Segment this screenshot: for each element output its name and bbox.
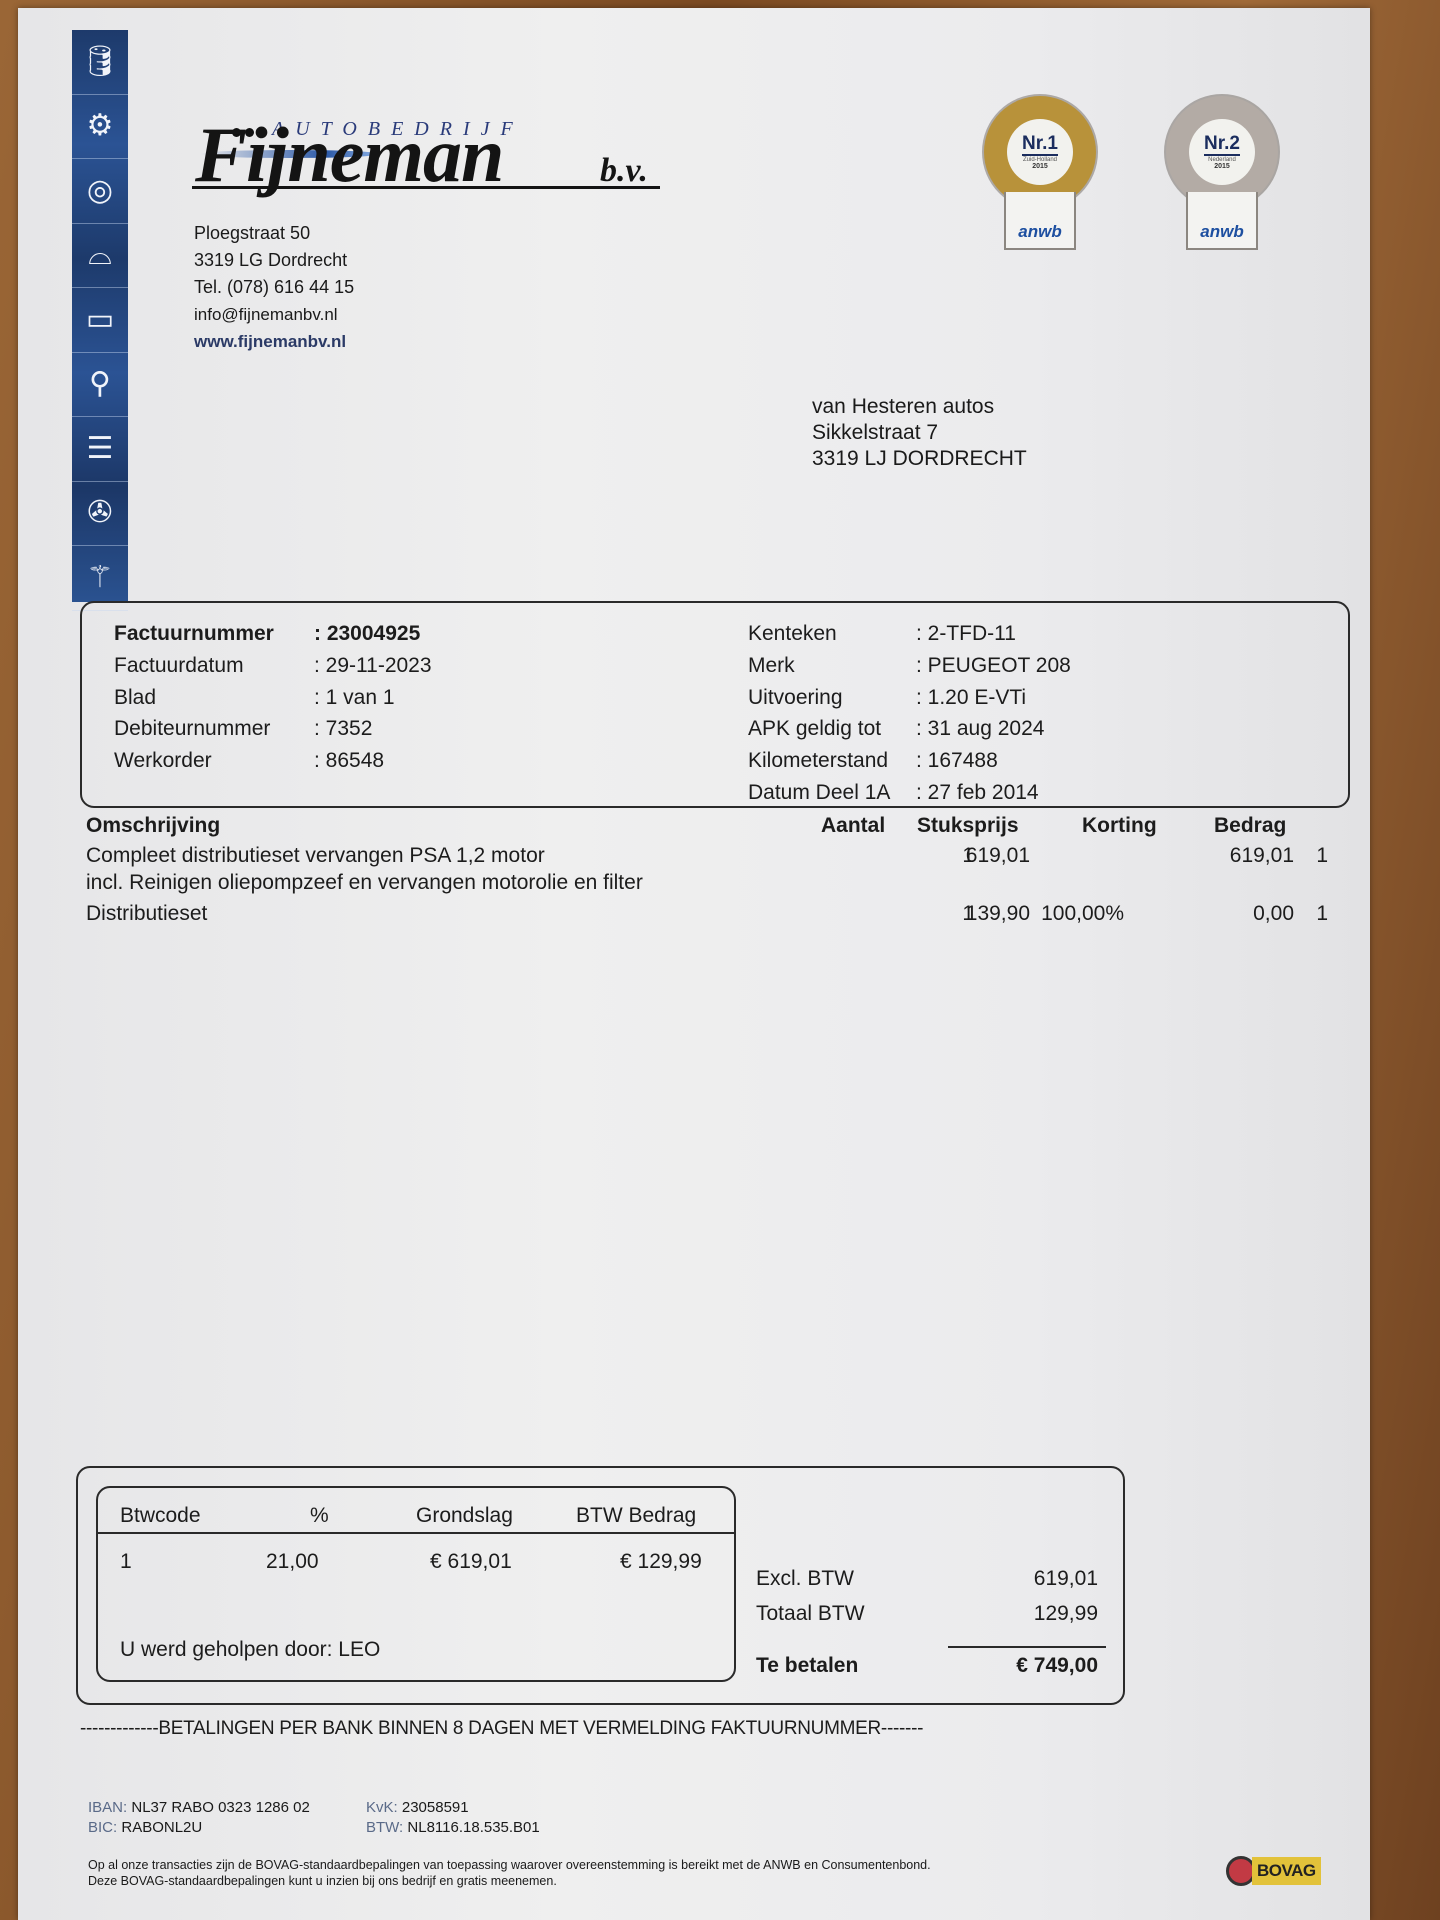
field-label: Datum Deel 1A: [748, 777, 916, 809]
excl-vat-value: 619,01: [1034, 1567, 1098, 1591]
item-unit-price: 619,01: [966, 844, 1030, 868]
item-description: incl. Reinigen oliepompzeef en vervangen…: [86, 871, 643, 895]
company-address: Ploegstraat 50 3319 LG Dordrecht Tel. (0…: [194, 220, 354, 355]
logo-underline: [192, 186, 660, 189]
field-label: Merk: [748, 650, 916, 682]
field-value: : 23004925: [314, 618, 420, 650]
total-divider: [948, 1646, 1106, 1648]
helped-by: U werd geholpen door: LEO: [120, 1638, 380, 1662]
award-badge-nr2: Nr.2 Nederland 2015 anwb: [1166, 96, 1278, 256]
iban-label: IBAN:: [88, 1799, 127, 1816]
header-amount: Bedrag: [1214, 814, 1286, 838]
total-vat-row: Totaal BTW 129,99: [756, 1602, 1098, 1626]
item-discount: 100,00%: [1041, 902, 1124, 926]
btw-label: BTW:: [366, 1819, 403, 1836]
strip-cell: ⚙: [72, 95, 128, 160]
vat-row-percent: 21,00: [266, 1550, 319, 1574]
vehicle-info-row: Datum Deel 1A: 27 feb 2014: [748, 777, 1071, 809]
strip-cell: 🛢: [72, 30, 128, 95]
vehicle-info-row: Merk: PEUGEOT 208: [748, 650, 1071, 682]
vat-header-base: Grondslag: [416, 1504, 513, 1528]
diagnostics-icon: ⚲: [89, 369, 111, 399]
badge-year: 2015: [1214, 163, 1230, 170]
field-label: APK geldig tot: [748, 713, 916, 745]
payment-note: -------------BETALINGEN PER BANK BINNEN …: [80, 1718, 923, 1740]
excl-vat-label: Excl. BTW: [756, 1567, 854, 1590]
bank-details: IBAN: NL37 RABO 0323 1286 02 BIC: RABONL…: [88, 1798, 310, 1838]
company-email: info@fijnemanbv.nl: [194, 301, 354, 328]
table-row: Distributieset1139,90100,00%0,001: [86, 902, 1336, 929]
iban-value: NL37 RABO 0323 1286 02: [131, 1799, 309, 1816]
vat-header-code: Btwcode: [120, 1504, 201, 1528]
invoice-info-row: Blad: 1 van 1: [114, 682, 432, 714]
field-label: Factuurnummer: [114, 618, 314, 650]
exhaust-icon: ⚚: [87, 563, 114, 593]
amount-due-label: Te betalen: [756, 1654, 858, 1677]
field-label: Blad: [114, 682, 314, 714]
vehicle-info-row: Uitvoering: 1.20 E-VTi: [748, 682, 1071, 714]
company-website: www.fijnemanbv.nl: [194, 328, 354, 355]
recipient-street: Sikkelstraat 7: [812, 420, 1027, 446]
line-items-header: Omschrijving Aantal Stuksprijs Korting B…: [86, 814, 1336, 844]
header-discount: Korting: [1082, 814, 1157, 838]
item-amount: 619,01: [1230, 844, 1294, 868]
strip-cell: ⌓: [72, 224, 128, 289]
vat-row-base: € 619,01: [430, 1550, 512, 1574]
item-amount: 0,00: [1253, 902, 1294, 926]
field-label: Kenteken: [748, 618, 916, 650]
wheel-icon: ✇: [87, 498, 112, 528]
vat-table: Btwcode % Grondslag BTW Bedrag 1 21,00 €…: [96, 1486, 736, 1682]
field-label: Werkorder: [114, 745, 314, 777]
table-row: Compleet distributieset vervangen PSA 1,…: [86, 844, 1336, 871]
field-value: : 2-TFD-11: [916, 618, 1016, 650]
strip-cell: ▭: [72, 288, 128, 353]
award-badge-nr1: Nr.1 Zuid-Holland 2015 anwb: [984, 96, 1096, 256]
total-vat-label: Totaal BTW: [756, 1602, 865, 1625]
vehicle-details: Kenteken: 2-TFD-11Merk: PEUGEOT 208Uitvo…: [748, 618, 1071, 809]
item-vat-code: 1: [1316, 844, 1328, 868]
field-label: Uitvoering: [748, 682, 916, 714]
headlight-icon: ☰: [87, 434, 114, 464]
field-value: : 167488: [916, 745, 998, 777]
service-icon-strip: 🛢⚙◎⌓▭⚲☰✇⚚: [72, 30, 128, 602]
field-value: : PEUGEOT 208: [916, 650, 1071, 682]
kvk-value: 23058591: [402, 1799, 469, 1816]
strip-cell: ◎: [72, 159, 128, 224]
vehicle-info-row: Kilometerstand: 167488: [748, 745, 1071, 777]
line-items-table: Omschrijving Aantal Stuksprijs Korting B…: [86, 814, 1336, 929]
amount-due-value: € 749,00: [1016, 1654, 1098, 1678]
item-unit-price: 139,90: [966, 902, 1030, 926]
field-value: : 31 aug 2024: [916, 713, 1044, 745]
item-description: Compleet distributieset vervangen PSA 1,…: [86, 844, 545, 868]
vat-header-percent: %: [310, 1504, 329, 1528]
anwb-logo: anwb: [1200, 222, 1243, 242]
invoice-details: Factuurnummer: 23004925Factuurdatum: 29-…: [114, 618, 432, 777]
total-vat-value: 129,99: [1034, 1602, 1098, 1626]
strip-cell: ☰: [72, 417, 128, 482]
field-value: : 7352: [314, 713, 372, 745]
bovag-logo: BOVAG: [1226, 1856, 1321, 1886]
vat-row-amount: € 129,99: [620, 1550, 702, 1574]
field-value: : 29-11-2023: [314, 650, 432, 682]
badge-rank: Nr.1: [1022, 134, 1058, 156]
company-phone: Tel. (078) 616 44 15: [194, 274, 354, 301]
invoice-info-row: Factuurnummer: 23004925: [114, 618, 432, 650]
btw-value: NL8116.18.535.B01: [407, 1819, 539, 1836]
badge-rank: Nr.2: [1204, 134, 1240, 156]
strip-cell: ✇: [72, 482, 128, 547]
oil-can-icon: 🛢: [81, 47, 119, 77]
terms-line-1: Op al onze transacties zijn de BOVAG-sta…: [88, 1857, 931, 1873]
header-unit-price: Stuksprijs: [917, 814, 1019, 838]
kvk-label: KvK:: [366, 1799, 398, 1816]
vat-row-code: 1: [120, 1550, 132, 1574]
excl-vat-row: Excl. BTW 619,01: [756, 1567, 1098, 1591]
engine-icon: ⚙: [87, 111, 114, 141]
vat-header-divider: [98, 1532, 734, 1534]
item-description: Distributieset: [86, 902, 207, 926]
bic-label: BIC:: [88, 1819, 117, 1836]
field-label: Factuurdatum: [114, 650, 314, 682]
windshield-wiper-icon: ⌓: [88, 240, 112, 270]
recipient-city: 3319 LJ DORDRECHT: [812, 446, 1027, 472]
terms-text: Op al onze transacties zijn de BOVAG-sta…: [88, 1857, 931, 1889]
amount-due-row: Te betalen € 749,00: [756, 1654, 1098, 1678]
recipient-address: van Hesteren autos Sikkelstraat 7 3319 L…: [812, 394, 1027, 472]
registration-details: KvK: 23058591 BTW: NL8116.18.535.B01: [366, 1798, 540, 1838]
terms-line-2: Deze BOVAG-standaardbepalingen kunt u in…: [88, 1873, 931, 1889]
logo-suffix: b.v.: [600, 152, 648, 190]
anwb-logo: anwb: [1018, 222, 1061, 242]
bic-value: RABONL2U: [121, 1819, 202, 1836]
field-value: : 86548: [314, 745, 384, 777]
strip-cell: ⚲: [72, 353, 128, 418]
company-street: Ploegstraat 50: [194, 220, 354, 247]
table-row: incl. Reinigen oliepompzeef en vervangen…: [86, 871, 1336, 898]
invoice-info-row: Debiteurnummer: 7352: [114, 713, 432, 745]
recipient-name: van Hesteren autos: [812, 394, 1027, 420]
header-description: Omschrijving: [86, 814, 220, 838]
vat-header-amount: BTW Bedrag: [576, 1504, 696, 1528]
company-city: 3319 LG Dordrecht: [194, 247, 354, 274]
invoice-info-row: Factuurdatum: 29-11-2023: [114, 650, 432, 682]
field-value: : 1.20 E-VTi: [916, 682, 1026, 714]
brake-disc-icon: ◎: [87, 176, 113, 206]
battery-icon: ▭: [86, 305, 114, 335]
vehicle-info-row: APK geldig tot: 31 aug 2024: [748, 713, 1071, 745]
header-quantity: Aantal: [821, 814, 885, 838]
item-vat-code: 1: [1316, 902, 1328, 926]
field-label: Kilometerstand: [748, 745, 916, 777]
field-value: : 27 feb 2014: [916, 777, 1039, 809]
field-label: Debiteurnummer: [114, 713, 314, 745]
badge-year: 2015: [1032, 163, 1048, 170]
field-value: : 1 van 1: [314, 682, 395, 714]
vehicle-info-row: Kenteken: 2-TFD-11: [748, 618, 1071, 650]
bovag-text: BOVAG: [1252, 1857, 1321, 1885]
invoice-info-row: Werkorder: 86548: [114, 745, 432, 777]
